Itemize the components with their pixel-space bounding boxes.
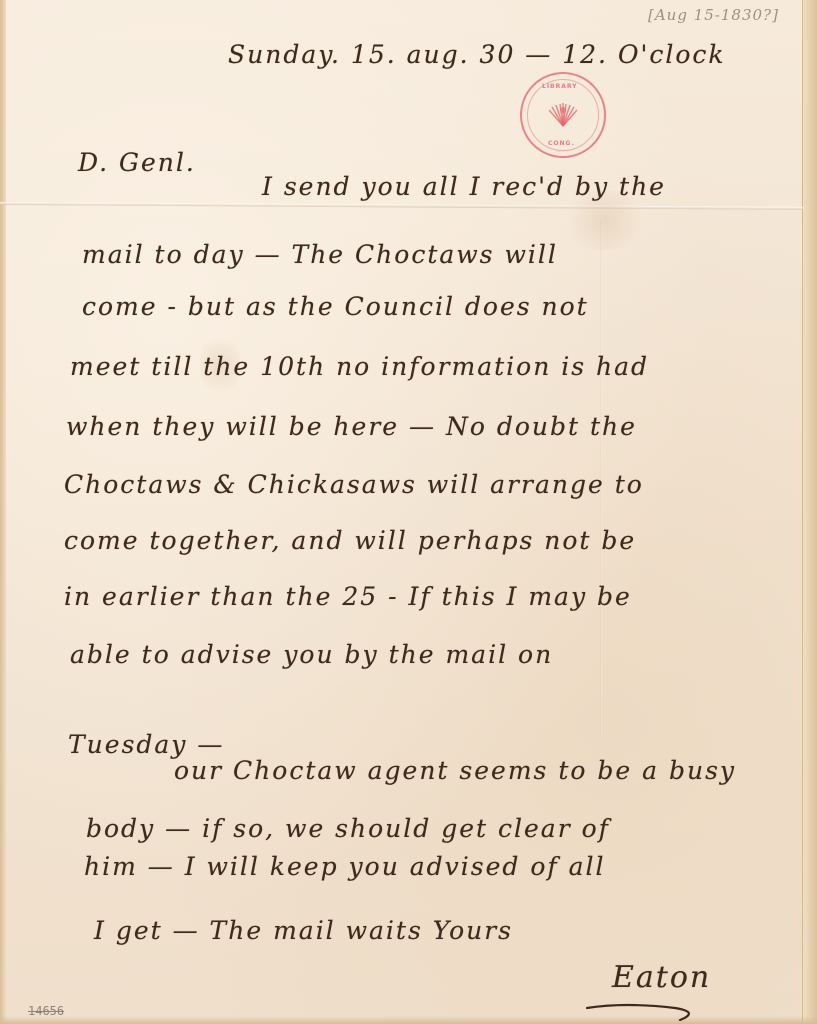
letter-line: come together, and will perhaps not be — [64, 526, 636, 555]
stamp-text-bottom: CONG. — [548, 140, 575, 147]
signature-flourish — [585, 1000, 705, 1022]
letter-line: our Choctaw agent seems to be a busy — [174, 756, 736, 785]
stamp-text-top: LIBRARY — [542, 83, 578, 90]
paper-left-edge — [0, 0, 6, 1024]
letter-line: meet till the 10th no information is had — [70, 352, 649, 381]
letter-line: able to advise you by the mail on — [70, 640, 553, 669]
accession-number: 14656 — [28, 1004, 64, 1018]
library-stamp: LIBRARY CONG. — [520, 72, 606, 158]
signature: Eaton — [612, 960, 711, 995]
salutation: D. Genl. — [78, 148, 196, 177]
letter-line: Choctaws & Chickasaws will arrange to — [64, 470, 644, 499]
dateline: Sunday. 15. aug. 30 — 12. O'clock — [228, 40, 726, 69]
letter-line: him — I will keep you advised of all — [84, 852, 606, 881]
letter-line: Tuesday — — [68, 730, 224, 759]
stamp-ring: LIBRARY CONG. — [527, 79, 599, 151]
letter-line: I get — The mail waits Yours — [94, 916, 513, 945]
letter-line: I send you all I rec'd by the — [262, 172, 666, 201]
eagle-icon — [545, 100, 581, 130]
catalog-pencil-note: [Aug 15-1830?] — [648, 6, 779, 24]
letter-line: mail to day — The Choctaws will — [82, 240, 558, 269]
letter-line: when they will be here — No doubt the — [66, 412, 637, 441]
paper-right-edge — [802, 0, 817, 1024]
letter-line: body — if so, we should get clear of — [86, 814, 610, 843]
letter-line: in earlier than the 25 - If this I may b… — [64, 582, 632, 611]
letter-line: come - but as the Council does not — [82, 292, 589, 321]
